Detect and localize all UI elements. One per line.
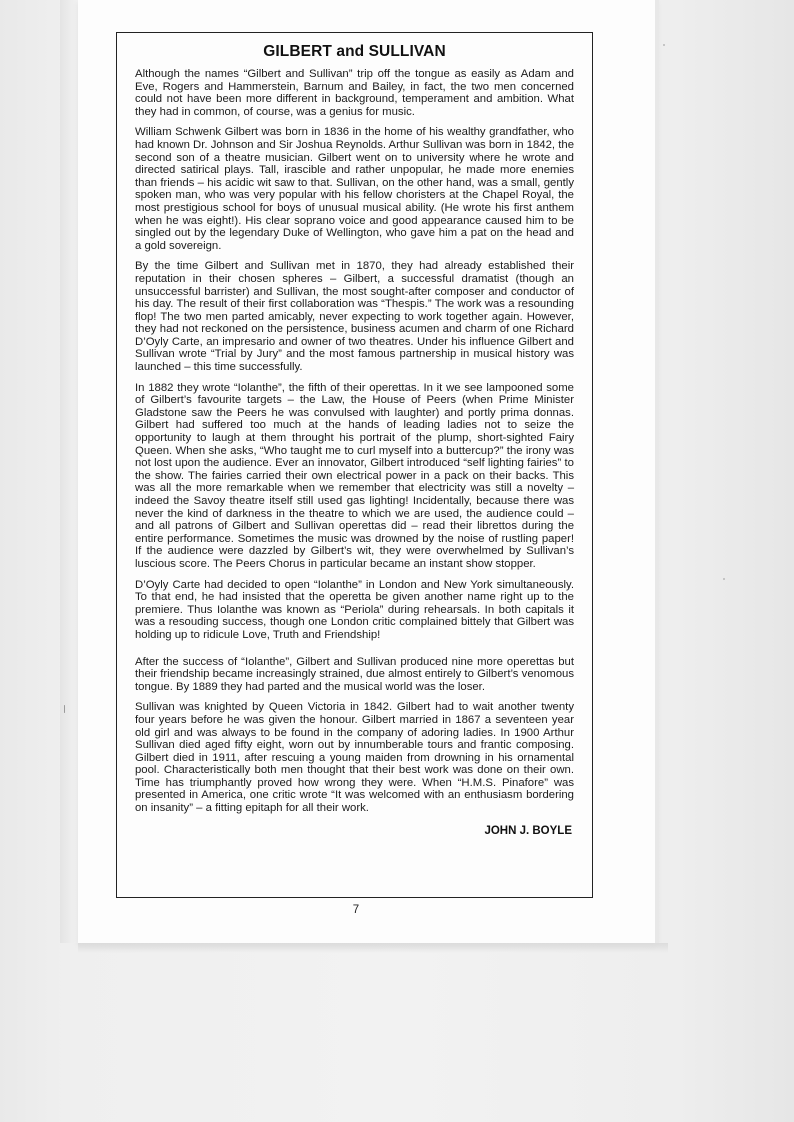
paragraph-partnership: By the time Gilbert and Sullivan met in … — [135, 260, 574, 373]
paragraph-split: After the success of “Iolanthe”, Gilbert… — [135, 656, 574, 694]
page-bottom-shadow — [78, 943, 668, 953]
paragraph-later-lives: Sullivan was knighted by Queen Victoria … — [135, 701, 574, 814]
scan-speck — [64, 705, 65, 713]
page-edge-shadow — [60, 0, 78, 943]
paragraph-iolanthe: In 1882 they wrote “Iolanthe”, the fifth… — [135, 382, 574, 571]
page-number: 7 — [346, 904, 366, 916]
author-byline: JOHN J. BOYLE — [135, 825, 572, 837]
paragraph-intro: Although the names “Gilbert and Sullivan… — [135, 68, 574, 118]
scan-speck — [723, 578, 725, 580]
article-frame: GILBERT and SULLIVAN Although the names … — [116, 32, 593, 898]
paragraph-premiere: D’Oyly Carte had decided to open “Iolant… — [135, 579, 574, 642]
scan-speck — [663, 44, 665, 46]
paragraph-early-lives: William Schwenk Gilbert was born in 1836… — [135, 126, 574, 252]
page-fold-edge — [655, 0, 659, 943]
article-title: GILBERT and SULLIVAN — [135, 43, 574, 61]
